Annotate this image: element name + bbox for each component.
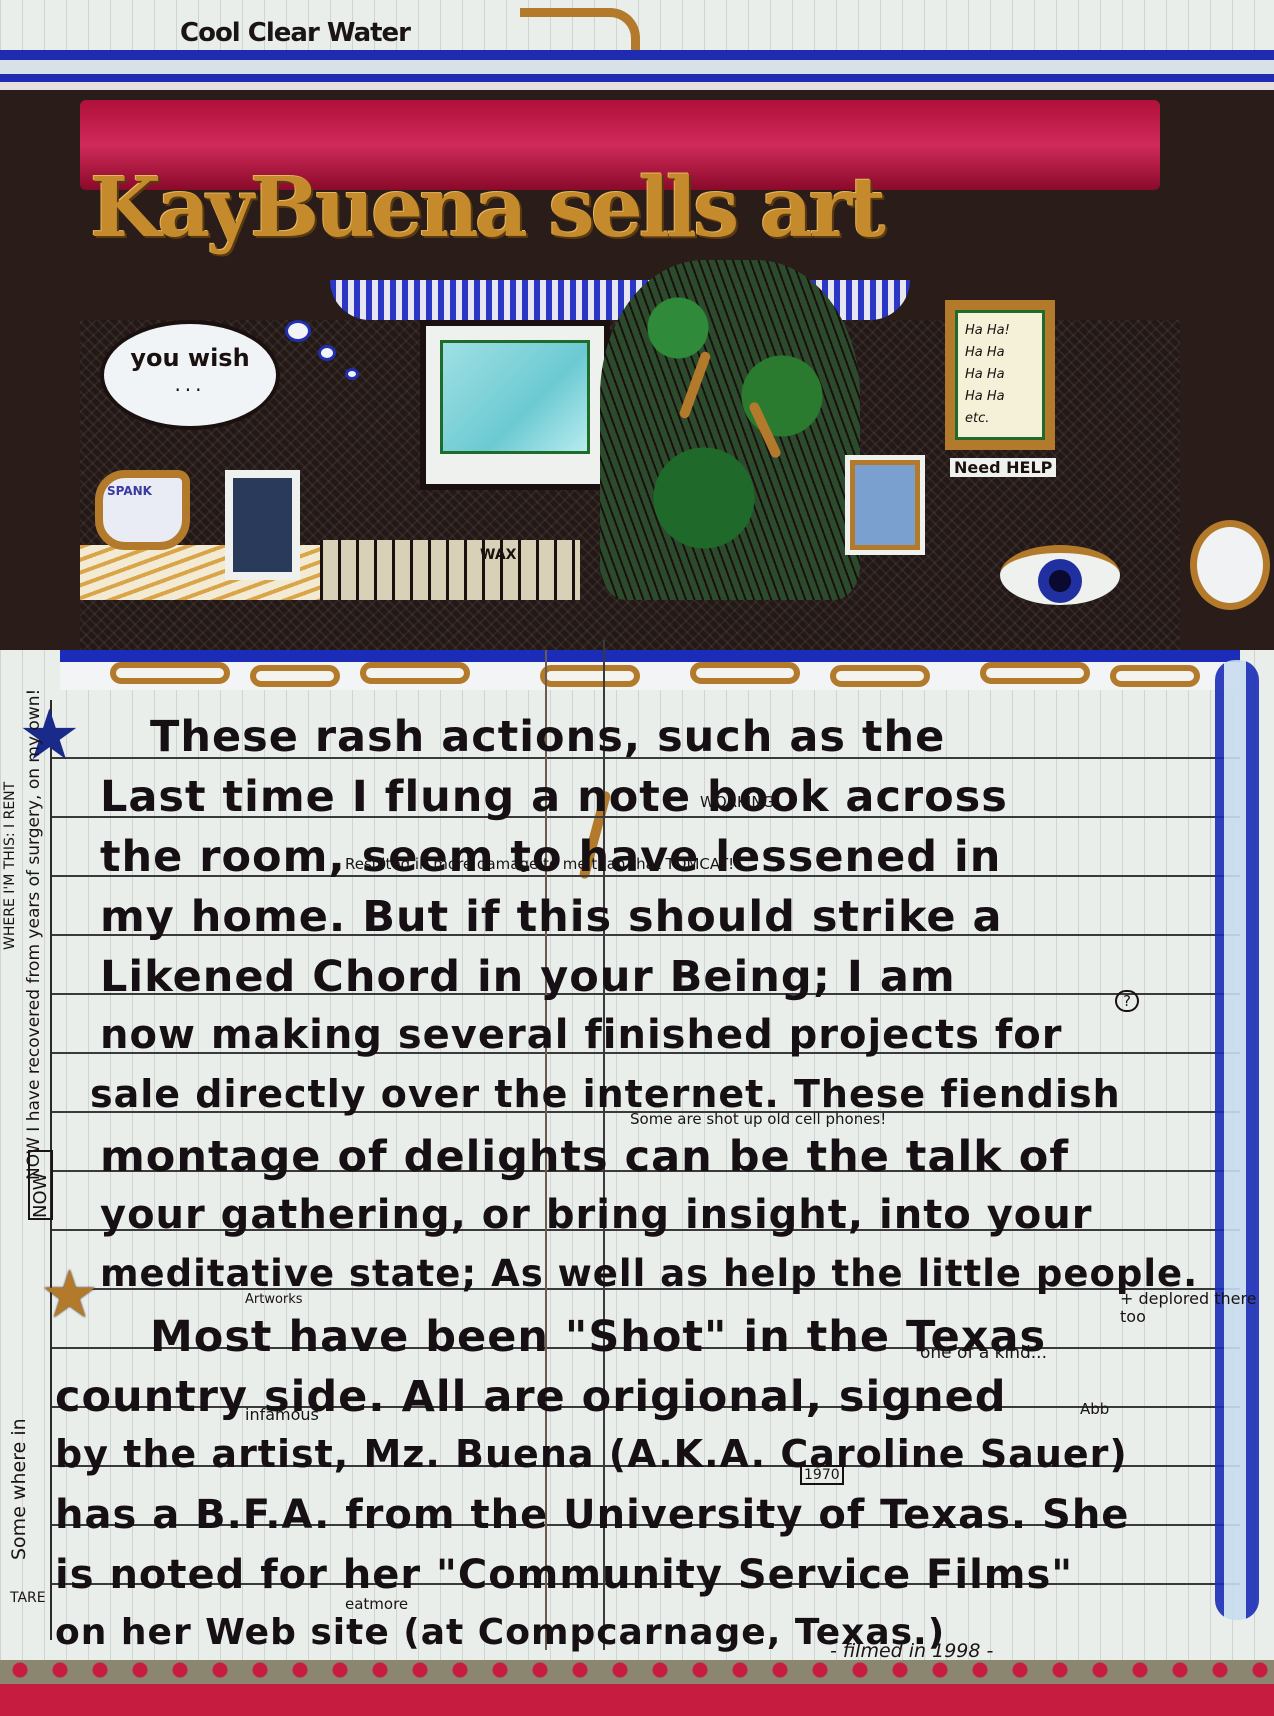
ha-ha-sign: Ha Ha! Ha Ha Ha Ha Ha Ha etc. <box>945 300 1055 450</box>
sign-line: Ha Ha! <box>965 320 1035 342</box>
speech-bubble-dots: ... <box>174 372 205 396</box>
margin-note-tag: TARE <box>10 1590 46 1606</box>
text-line: has a B.F.A. from the University of Texa… <box>55 1492 1129 1538</box>
gold-cloud <box>540 665 640 687</box>
blue-river-decoration <box>1215 660 1259 1620</box>
computer-monitor <box>420 320 610 490</box>
gold-cloud <box>110 662 230 684</box>
gold-cloud <box>690 662 800 684</box>
gold-cloud <box>1190 520 1270 610</box>
small-box <box>225 470 300 580</box>
speech-bubble: you wish ... <box>100 320 280 430</box>
text-line: Last time I flung a note book across <box>100 772 1008 822</box>
text-line: my home. But if this should strike a <box>100 892 1003 942</box>
text-line: now making several finished projects for <box>100 1012 1062 1058</box>
margin-note-somewhere: Some where in <box>8 1230 30 1560</box>
text-line: montage of delights can be the talk of <box>100 1132 1069 1182</box>
mug-label: SPANK <box>107 484 152 498</box>
coffee-mug: SPANK <box>95 470 190 550</box>
annotation-resulted: Resulted in more damage to me than that … <box>345 855 734 873</box>
annotation-abb: Abb <box>1080 1400 1109 1418</box>
speech-bubble-text: you wish <box>130 344 249 372</box>
text-line: your gathering, or bring insight, into y… <box>100 1192 1092 1238</box>
gold-cloud <box>250 665 340 687</box>
annotation-year-box: 1970 <box>800 1465 844 1485</box>
phone-device <box>845 455 925 555</box>
margin-note-upper: WHERE I'M THIS: I RENT <box>2 690 18 950</box>
sign-line: Ha Ha <box>965 386 1035 408</box>
annotation-question: ? <box>1115 990 1139 1012</box>
text-line: Most have been "Shot" in the Texas <box>150 1312 1046 1362</box>
margin-note-recovered: NOW I have recovered from years of surge… <box>24 760 44 1180</box>
margin-note-now-box: NOW <box>28 1150 53 1220</box>
annotation-eatmore: eatmore <box>345 1595 408 1613</box>
gold-cloud <box>1110 665 1200 687</box>
monitor-screen <box>440 340 590 454</box>
text-line: is noted for her "Community Service Film… <box>55 1552 1073 1598</box>
thought-dot <box>285 320 311 342</box>
annotation-cell-phones: Some are shot up old cell phones! <box>630 1110 886 1128</box>
top-caption: Cool Clear Water <box>180 18 410 48</box>
text-line: by the artist, Mz. Buena (A.K.A. Carolin… <box>55 1432 1128 1476</box>
text-line: on her Web site (at Compcarnage, Texas.) <box>55 1612 945 1653</box>
thought-dot <box>318 345 336 361</box>
text-line: Likened Chord in your Being; I am <box>100 952 956 1002</box>
text-line: sale directly over the internet. These f… <box>90 1072 1121 1116</box>
annotation-infamous: infamous <box>245 1405 319 1424</box>
text-line: meditative state; As well as help the li… <box>100 1252 1198 1295</box>
hanging-plant <box>600 260 860 600</box>
eye-drawing <box>1000 545 1120 605</box>
keyboard <box>320 540 580 600</box>
need-help-label: Need HELP <box>950 458 1056 477</box>
gold-cloud <box>980 662 1090 684</box>
keyboard-label: WAX <box>480 547 516 563</box>
scene-title: KayBuena sells art <box>90 160 882 256</box>
red-torn-edge <box>0 1660 1274 1716</box>
sign-line: Ha Ha <box>965 364 1035 386</box>
sign-line: etc. <box>965 408 1035 430</box>
annotation-deplored: + deplored there too <box>1120 1290 1260 1326</box>
gold-cloud <box>360 662 470 684</box>
annotation-one-of-a-kind: one of a kind... <box>920 1343 1047 1363</box>
text-line: These rash actions, such as the <box>150 712 945 762</box>
gold-cloud <box>830 665 930 687</box>
blue-stripe <box>0 50 1274 90</box>
eye-iris <box>1038 559 1082 603</box>
sign-line: Ha Ha <box>965 342 1035 364</box>
thought-dot <box>345 368 359 380</box>
annotation-artworks: Artworks <box>245 1292 303 1307</box>
gold-star-icon: ★ <box>40 1262 99 1328</box>
annotation-filmed: - filmed in 1998 - <box>830 1640 993 1662</box>
annotation-working: WORKING <box>700 793 774 811</box>
text-line: country side. All are origional, signed <box>55 1372 1007 1422</box>
